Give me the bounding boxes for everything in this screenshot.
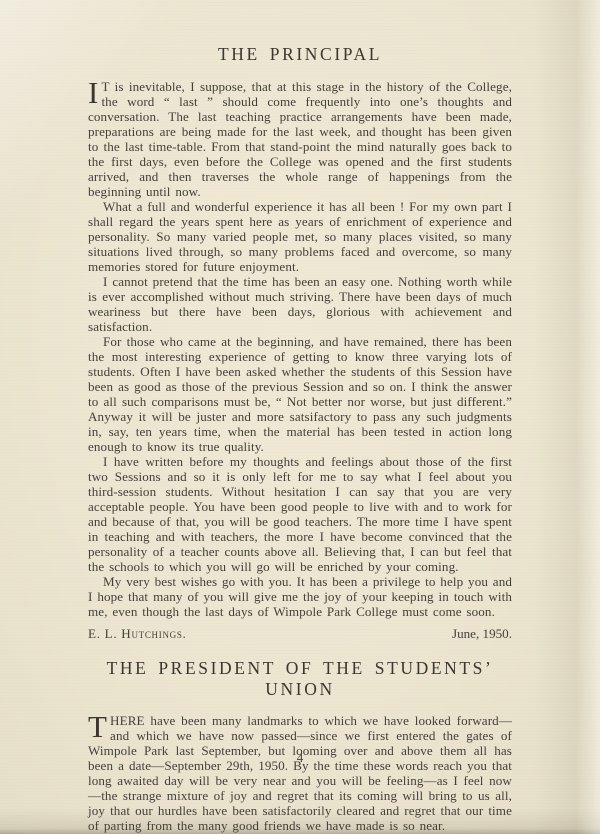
signature-date: June, 1950.: [452, 626, 512, 641]
page-content: THE PRINCIPAL IT is inevitable, I suppos…: [88, 44, 512, 833]
paragraph: My very best wishes go with you. It has …: [88, 574, 512, 619]
dropcap-letter: I: [88, 79, 101, 107]
author-signature: E. L. Hutchings.: [88, 626, 187, 641]
paragraph-text: T is inevitable, I suppose, that at this…: [88, 79, 512, 199]
president-opening-paragraph: THERE have been many landmarks to which …: [88, 713, 512, 833]
paragraph: What a full and wonderful experience it …: [88, 199, 512, 274]
principal-section-heading: THE PRINCIPAL: [88, 44, 512, 65]
principal-opening-paragraph: IT is inevitable, I suppose, that at thi…: [88, 79, 512, 199]
scanned-book-page: THE PRINCIPAL IT is inevitable, I suppos…: [0, 0, 600, 834]
paragraph: I have written before my thoughts and fe…: [88, 454, 512, 574]
paragraph: For those who came at the beginning, and…: [88, 334, 512, 454]
page-number: 4: [0, 750, 600, 766]
president-section-heading: THE PRESIDENT OF THE STUDENTS’ UNION: [88, 658, 512, 700]
signature-row: E. L. Hutchings. June, 1950.: [88, 626, 512, 641]
paragraph: I cannot pretend that the time has been …: [88, 274, 512, 334]
paragraph-text: HERE have been many landmarks to which w…: [88, 713, 512, 833]
dropcap-letter: T: [88, 713, 110, 741]
